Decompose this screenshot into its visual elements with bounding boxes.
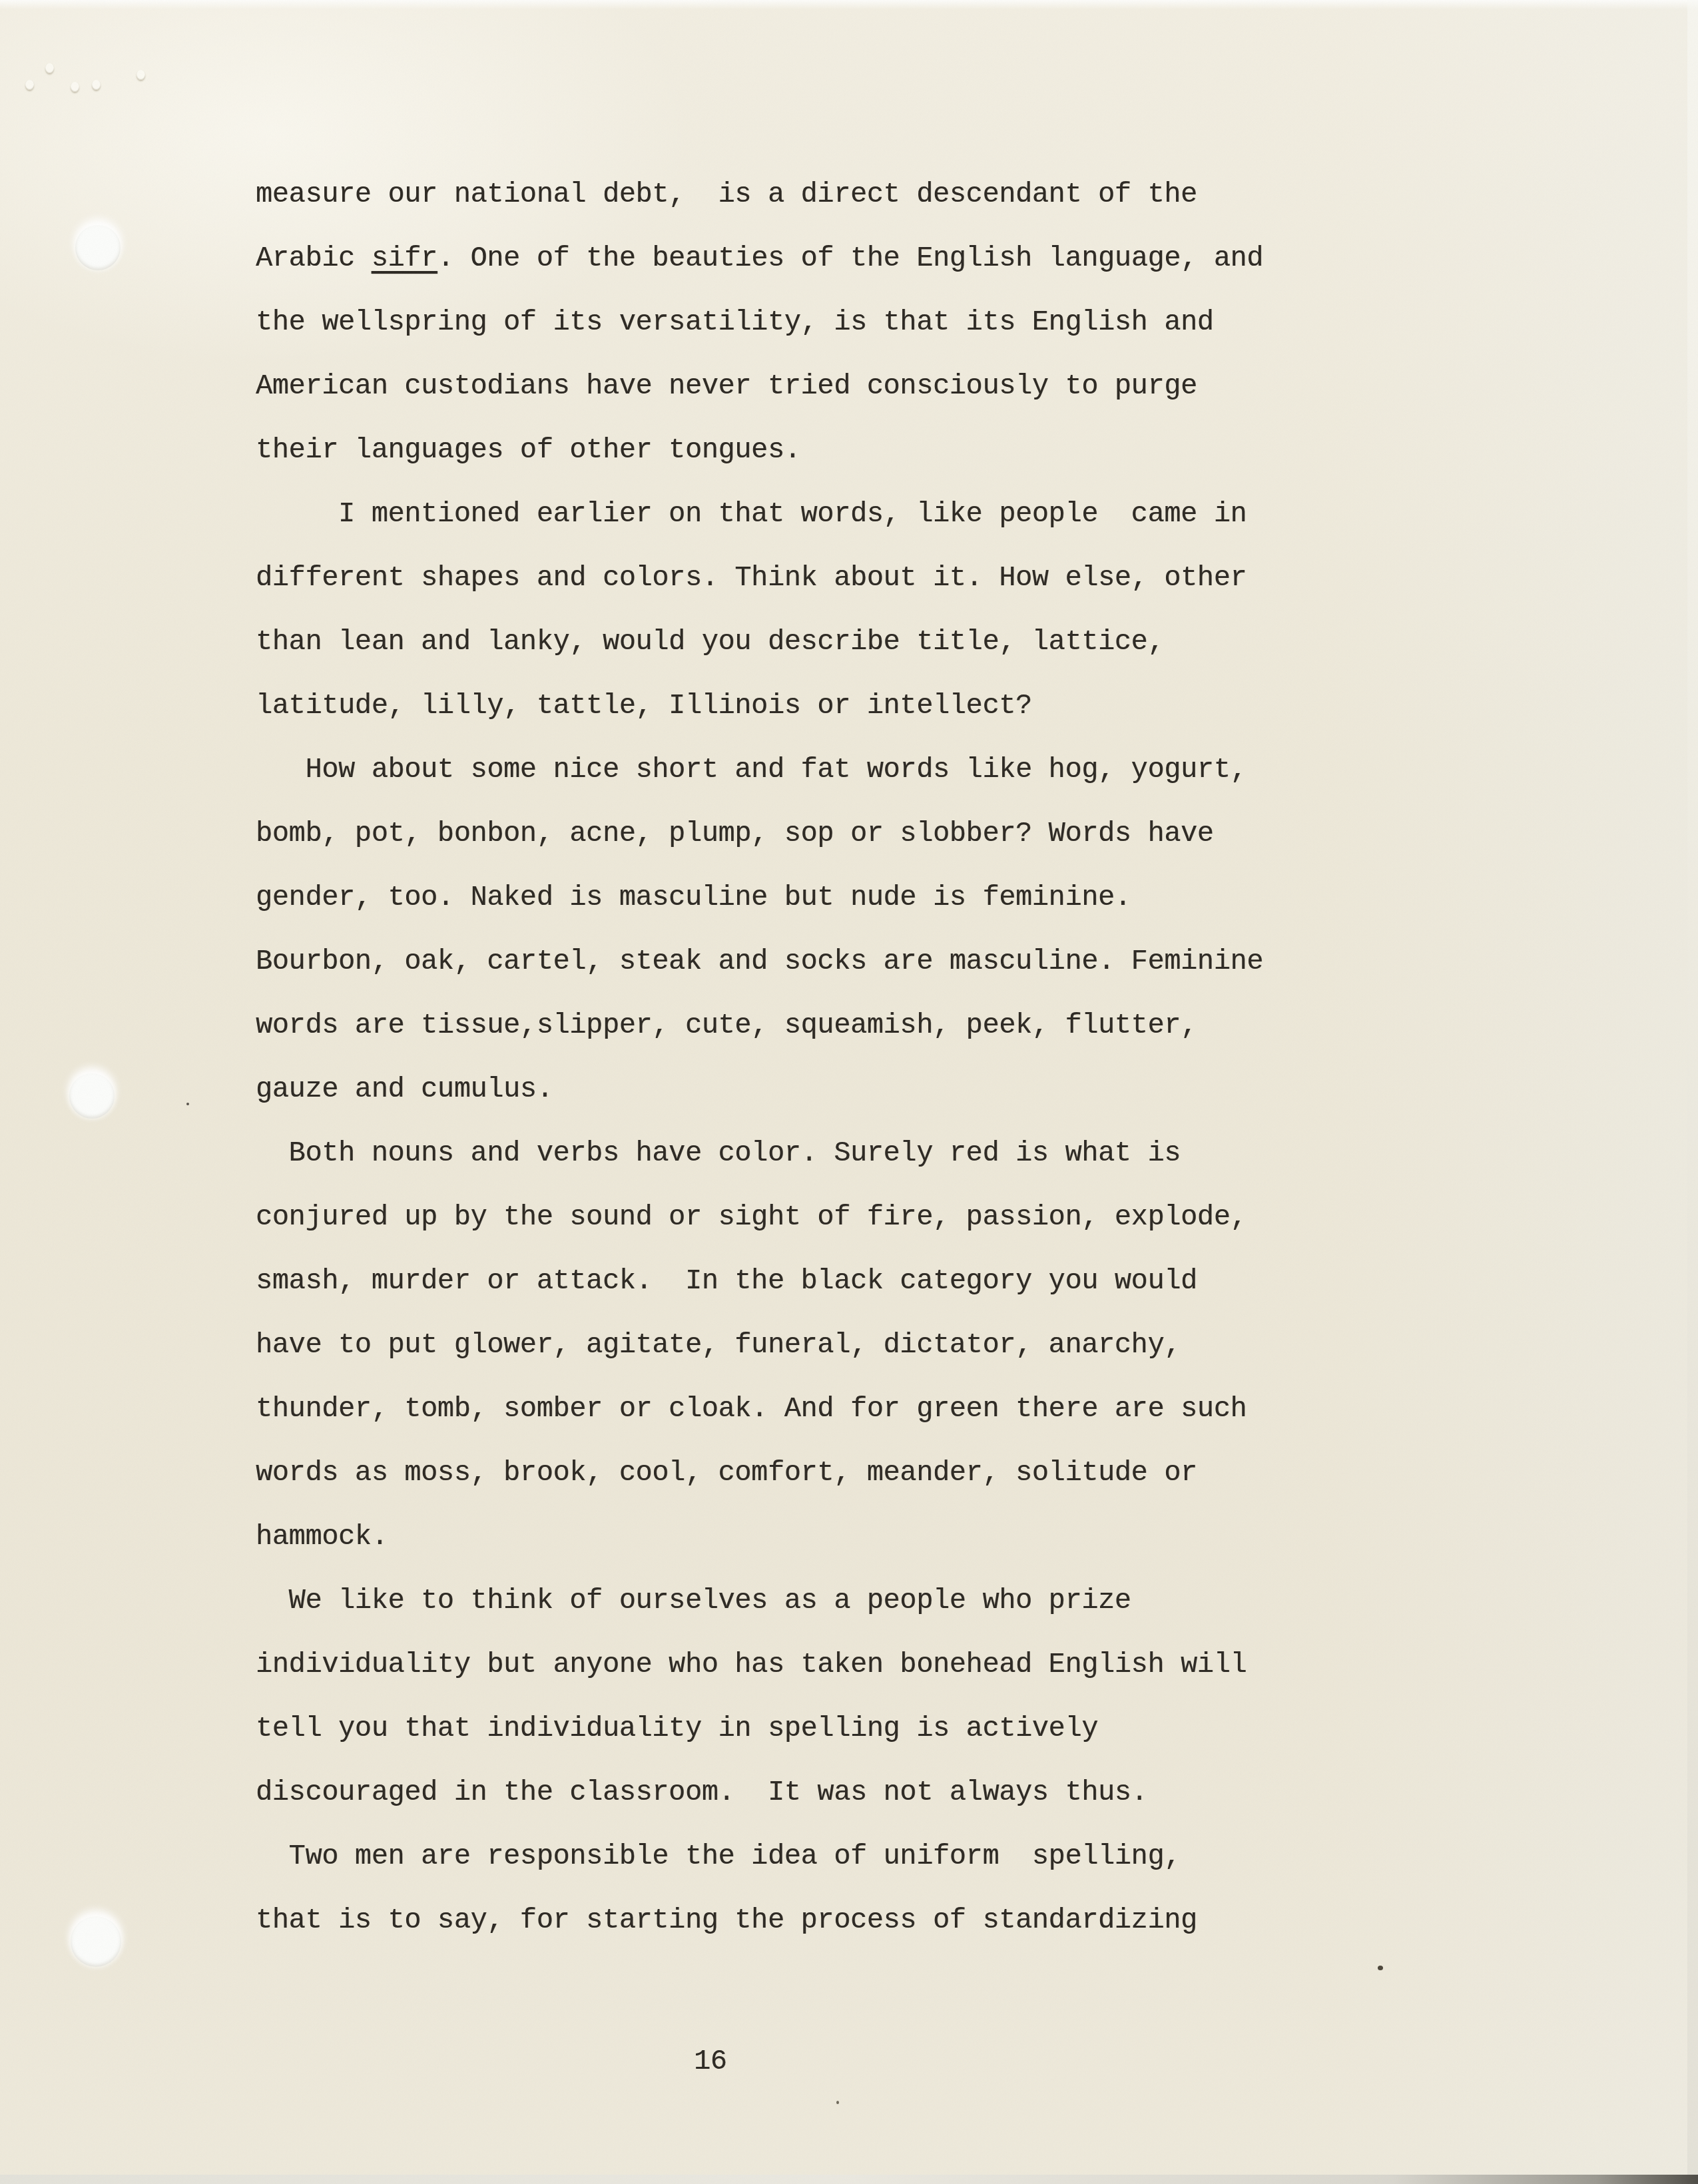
text-line: than lean and lanky, would you describe …: [256, 610, 1334, 674]
underlined-word: sifr: [372, 242, 437, 274]
text-line: discouraged in the classroom. It was not…: [256, 1761, 1334, 1824]
paper-dimple: [92, 80, 101, 90]
text-line: thunder, tomb, somber or cloak. And for …: [256, 1377, 1334, 1441]
text-line: smash, murder or attack. In the black ca…: [256, 1249, 1334, 1313]
paper-dimple: [137, 70, 145, 80]
paper-dimple: [45, 63, 54, 73]
text-line: words are tissue,slipper, cute, squeamis…: [256, 993, 1334, 1057]
text-line: words as moss, brook, cool, comfort, mea…: [256, 1441, 1334, 1505]
text-segment: . One of the beauties of the English lan…: [437, 242, 1263, 274]
text-line: different shapes and colors. Think about…: [256, 546, 1334, 610]
text-line: American custodians have never tried con…: [256, 354, 1334, 418]
ink-speck: [836, 2101, 839, 2104]
ink-speck: [186, 1103, 189, 1105]
text-line: individuality but anyone who has taken b…: [256, 1633, 1334, 1697]
ink-speck: [1378, 1966, 1383, 1970]
text-line: I mentioned earlier on that words, like …: [256, 482, 1334, 546]
text-line: Bourbon, oak, cartel, steak and socks ar…: [256, 930, 1334, 993]
text-line: that is to say, for starting the process…: [256, 1888, 1334, 1952]
text-line: tell you that individuality in spelling …: [256, 1697, 1334, 1761]
text-line: measure our national debt, is a direct d…: [256, 162, 1334, 226]
text-line: the wellspring of its versatility, is th…: [256, 290, 1334, 354]
text-line: gender, too. Naked is masculine but nude…: [256, 866, 1334, 930]
text-line: Both nouns and verbs have color. Surely …: [256, 1121, 1334, 1185]
hole-punch-bottom: [71, 1916, 121, 1967]
scan-top-edge: [0, 0, 1698, 9]
text-line: conjured up by the sound or sight of fir…: [256, 1185, 1334, 1249]
page-number: 16: [694, 2042, 727, 2081]
text-line: bomb, pot, bonbon, acne, plump, sop or s…: [256, 802, 1334, 866]
text-line: We like to think of ourselves as a peopl…: [256, 1569, 1334, 1633]
text-line: hammock.: [256, 1505, 1334, 1569]
scan-bottom-edge: [0, 2175, 1698, 2184]
text-segment: Arabic: [256, 242, 372, 274]
paper-dimple: [71, 82, 79, 92]
hole-punch-top: [75, 225, 121, 270]
scan-right-edge: [1687, 0, 1698, 2184]
text-line: Arabic sifr. One of the beauties of the …: [256, 226, 1334, 290]
hole-punch-middle: [69, 1073, 115, 1119]
scanned-page: measure our national debt, is a direct d…: [0, 0, 1698, 2184]
text-line: Two men are responsible the idea of unif…: [256, 1824, 1334, 1888]
typewritten-text: measure our national debt, is a direct d…: [256, 162, 1334, 1952]
text-line: gauze and cumulus.: [256, 1057, 1334, 1121]
paper-dimple: [25, 80, 34, 90]
text-line: have to put glower, agitate, funeral, di…: [256, 1313, 1334, 1377]
text-line: How about some nice short and fat words …: [256, 738, 1334, 802]
text-line: their languages of other tongues.: [256, 418, 1334, 482]
text-line: latitude, lilly, tattle, Illinois or int…: [256, 674, 1334, 738]
